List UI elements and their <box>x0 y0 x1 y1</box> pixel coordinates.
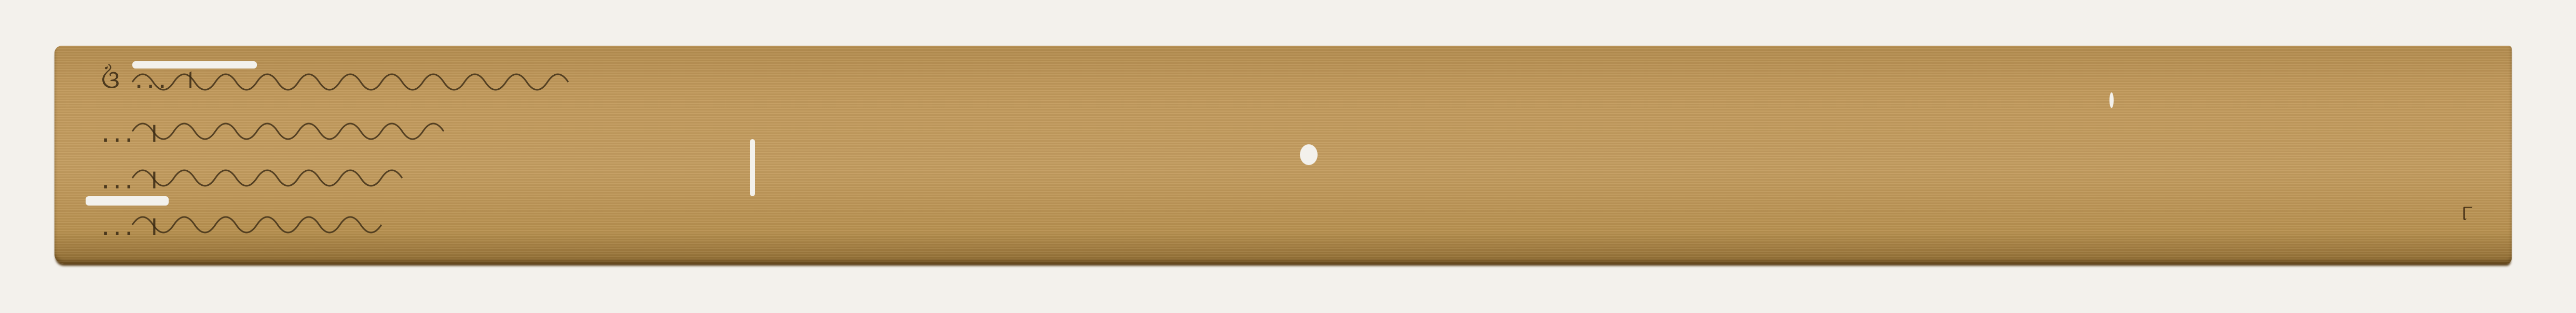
worm-damage <box>86 196 169 206</box>
palm-leaf: ଓଁ ... । ... । ... । ... । ୮ <box>54 46 2512 264</box>
string-hole <box>1300 144 1318 165</box>
manuscript-line-2: ... । <box>101 113 2455 149</box>
worm-damage <box>132 61 257 69</box>
manuscript-line-3: ... । <box>101 160 2455 196</box>
manuscript-line-4: ... । <box>101 207 2455 243</box>
crack <box>750 139 755 196</box>
manuscript-line-1: ଓଁ ... । <box>101 64 2455 100</box>
worm-hole <box>2109 92 2114 108</box>
folio-number: ୮ <box>2462 201 2473 225</box>
